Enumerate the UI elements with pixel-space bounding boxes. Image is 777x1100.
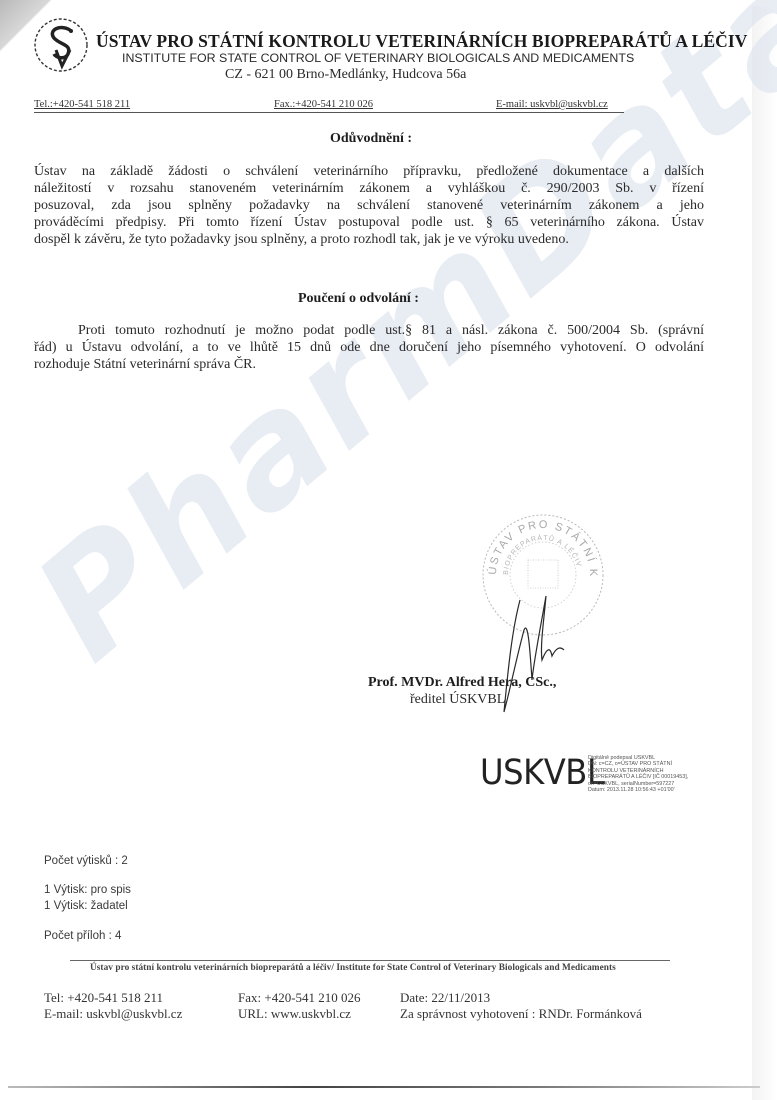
scan-bottom-edge — [8, 1086, 760, 1088]
header-email[interactable]: E-mail: uskvbl@uskvbl.cz — [496, 99, 608, 110]
footer-institute-line: Ústav pro státní kontrolu veterinárních … — [90, 963, 616, 973]
footer-email[interactable]: E-mail: uskvbl@uskvbl.cz — [44, 1006, 182, 1022]
header-contact-line: Tel.:+420-541 518 211 Fax.:+420-541 210 … — [34, 98, 624, 113]
header-fax: Fax.:+420-541 210 026 — [274, 99, 373, 110]
footer-divider — [70, 960, 670, 961]
svg-text:ÚSTAV PRO STÁTNÍ KONTROLU: ÚSTAV PRO STÁTNÍ KONTROLU — [480, 512, 599, 578]
paragraph-line: prováděcími předpisy. Při tomto řízení Ú… — [34, 214, 704, 231]
footer-web-col: Fax: +420-541 210 026 URL: www.uskvbl.cz — [238, 990, 361, 1022]
copy-line: 1 Výtisk: žadatel — [44, 900, 128, 912]
copies-count: Počet výtisků : 2 — [44, 855, 128, 867]
paragraph-line: řád) u Ústavu odvolání, a to ve lhůtě 15… — [34, 339, 704, 356]
digital-signature-line: BIOPREPARÁTŮ A LÉČIV [IČ 00019453], — [588, 774, 688, 780]
footer-date: Date: 22/11/2013 — [400, 990, 642, 1006]
copy-line: 1 Výtisk: pro spis — [44, 884, 131, 896]
paragraph-line: náležitostí v rozsahu stanoveném veterin… — [34, 180, 704, 197]
stamp-outer-text: ÚSTAV PRO STÁTNÍ KONTROLU — [480, 512, 599, 578]
institute-address: CZ - 621 00 Brno-Medlánky, Hudcova 56a — [225, 67, 466, 83]
digital-signature-block: Digitálně podepsal USKVBL DN: c=CZ, o=ÚS… — [588, 755, 688, 793]
appeal-heading: Poučení o odvolání : — [298, 291, 419, 307]
scan-edge-shadow — [752, 6, 777, 1100]
institute-logo-icon — [30, 12, 92, 74]
justification-paragraph: Ústav na základě žádosti o schválení vet… — [34, 163, 704, 248]
attachments-count: Počet příloh : 4 — [44, 930, 121, 942]
signer-role: ředitel ÚSKVBL — [410, 692, 505, 708]
paragraph-line: Proti tomuto rozhodnutí je možno podat p… — [34, 322, 704, 339]
footer-fax: Fax: +420-541 210 026 — [238, 990, 361, 1006]
footer-date-col: Date: 22/11/2013 Za správnost vyhotovení… — [400, 990, 642, 1022]
justification-heading: Odůvodnění : — [330, 131, 412, 147]
footer-contact-col: Tel: +420-541 518 211 E-mail: uskvbl@usk… — [44, 990, 182, 1022]
paragraph-line: posuzoval, zda jsou splněny požadavky na… — [34, 197, 704, 214]
footer-tel: Tel: +420-541 518 211 — [44, 990, 182, 1006]
header-tel: Tel.:+420-541 518 211 — [34, 99, 130, 110]
appeal-paragraph: Proti tomuto rozhodnutí je možno podat p… — [34, 322, 704, 373]
signer-name: Prof. MVDr. Alfred Hera, CSc., — [368, 675, 556, 691]
uskvbl-logo: USKVBL — [480, 753, 604, 793]
paragraph-line: Ústav na základě žádosti o schválení vet… — [34, 163, 704, 180]
footer-url[interactable]: URL: www.uskvbl.cz — [238, 1006, 361, 1022]
institute-name-cz: ÚSTAV PRO STÁTNÍ KONTROLU VETERINÁRNÍCH … — [96, 31, 748, 52]
footer-certified-by: Za správnost vyhotovení : RNDr. Formánko… — [400, 1006, 642, 1022]
institute-name-en: INSTITUTE FOR STATE CONTROL OF VETERINAR… — [122, 51, 634, 65]
digital-signature-line: Datum: 2013.11.28 10:56:43 +01'00' — [588, 787, 688, 793]
paragraph-line: rozhoduje Státní veterinární správa ČR. — [34, 356, 704, 373]
paragraph-line: dospěl k závěru, že tyto požadavky jsou … — [34, 231, 704, 248]
